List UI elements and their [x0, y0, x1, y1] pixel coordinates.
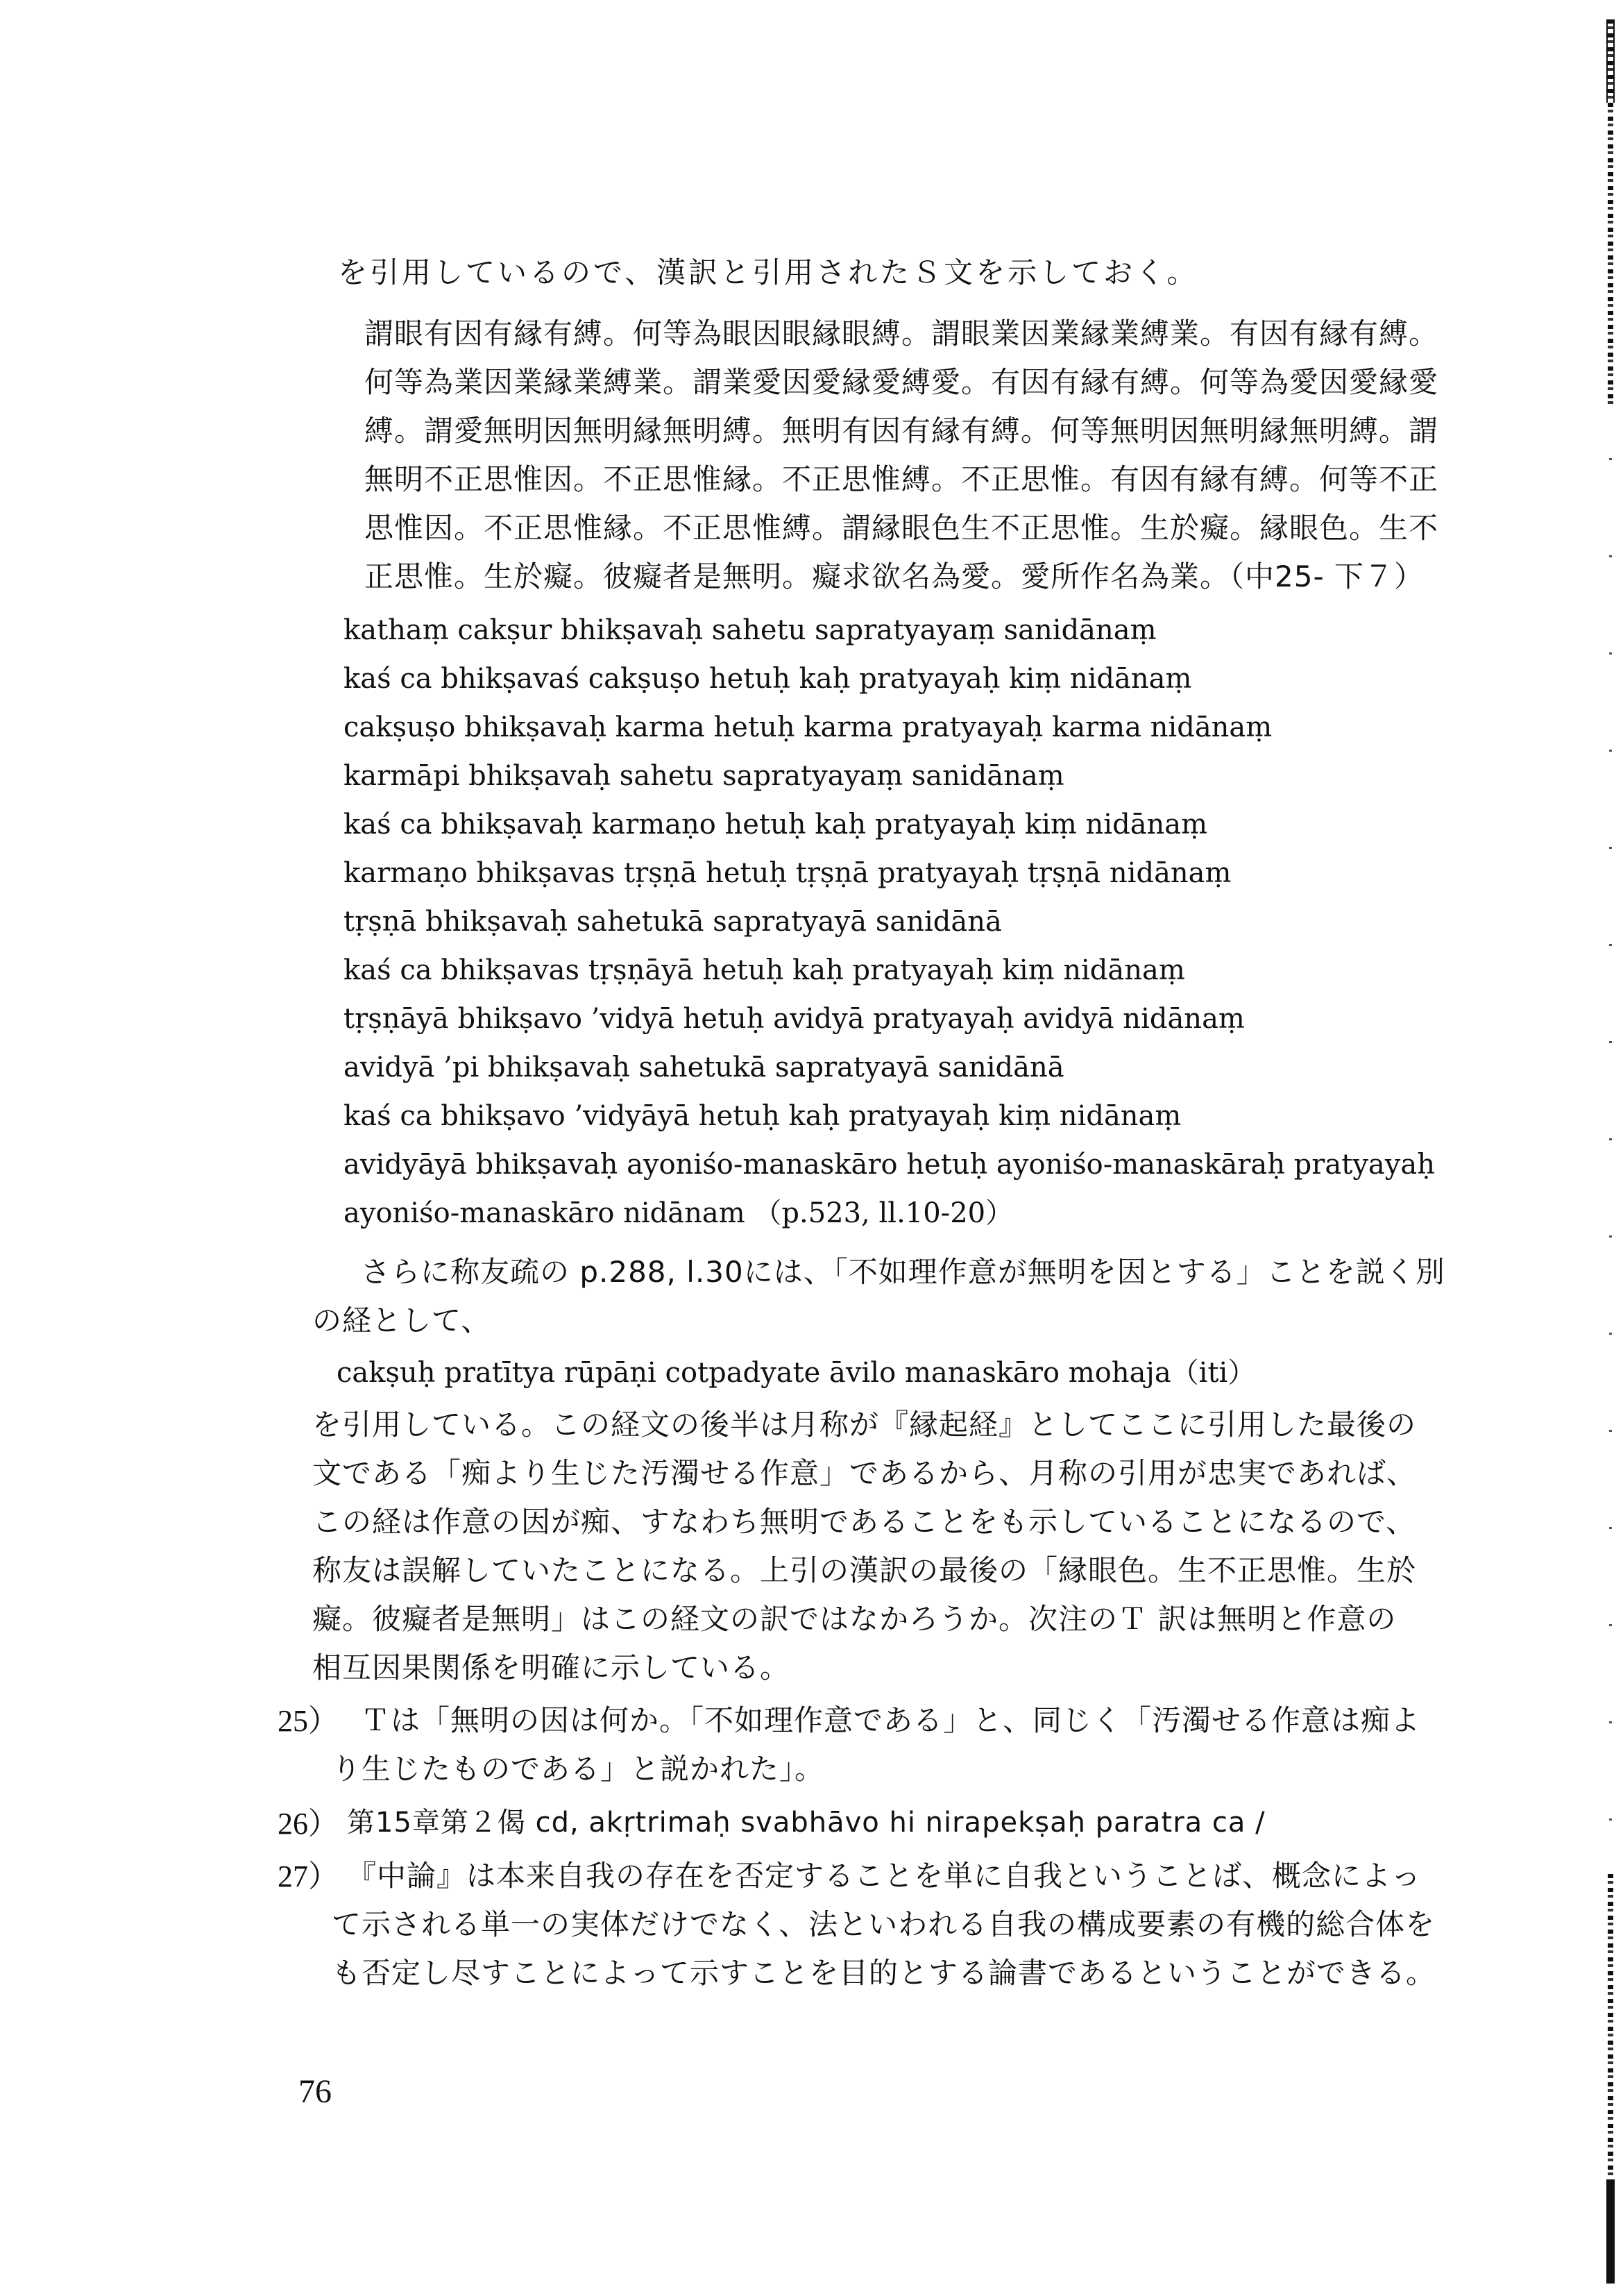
paragraph-line: さらに称友疏の p.288, l.30には、「不如理作意が無明を因とする」ことを…	[361, 1258, 1445, 1287]
footnote-line: り生じたものである」と説かれた」。	[332, 1755, 824, 1784]
chinese-line: 謂眼有因有縁有縛。何等為眼因眼縁眼縛。謂眼業因業縁業縛業。有因有縁有縛。	[364, 319, 1438, 348]
paragraph-line: この経は作意の因が痴、すなわち無明であることをも示していることになるので、	[312, 1508, 1416, 1537]
footnote-line: 第15章第２偈 cd, akṛtrimaḥ svabhāvo hi nirape…	[347, 1809, 1266, 1837]
sanskrit-line: kaś ca bhikṣavas tṛṣṇāyā hetuḥ kaḥ praty…	[343, 956, 1185, 984]
footnote-line: 『中論』は本来自我の存在を否定することを単に自我ということば、概念によっ	[347, 1862, 1421, 1891]
paragraph-line: の経として、	[312, 1306, 491, 1335]
paragraph-line: を引用している。この経文の後半は月称が『縁起経』としてここに引用した最後の	[312, 1410, 1416, 1440]
footnote-number: 25）	[278, 1706, 339, 1737]
chinese-line: 縛。謂愛無明因無明縁無明縛。無明有因有縁有縛。何等無明因無明縁無明縛。謂	[364, 416, 1438, 446]
chinese-line: 思惟因。不正思惟縁。不正思惟縛。謂縁眼色生不正思惟。生於癡。縁眼色。生不	[364, 514, 1438, 543]
paragraph-line: 相互因果関係を明確に示している。	[312, 1653, 790, 1682]
sanskrit-line: avidyā ’pi bhikṣavaḥ sahetukā sapratyayā…	[343, 1054, 1064, 1081]
sanskrit-line: cakṣuṣo bhikṣavaḥ karma hetuḥ karma prat…	[343, 714, 1272, 741]
scanned-book-page: を引用しているので、漢訳と引用されたＳ文を示しておく。 謂眼有因有縁有縛。何等為…	[0, 0, 1623, 2296]
sanskrit-line: tṛṣṇā bhikṣavaḥ sahetukā sapratyayā sani…	[343, 908, 1002, 936]
chinese-line: 正思惟。生於癡。彼癡者是無明。癡求欲名為愛。愛所作名為業。（中25- 下７）	[364, 562, 1424, 591]
chinese-line: 無明不正思惟因。不正思惟縁。不正思惟縛。不正思惟。有因有縁有縛。何等不正	[364, 465, 1438, 494]
page-number: 76	[298, 2075, 332, 2109]
scan-edge-specks	[1609, 416, 1612, 1874]
footnote-line: Ｔは「無明の因は何か。「不如理作意である」と、同じく「汚濁せる作意は痴よ	[361, 1706, 1420, 1735]
sanskrit-line: kaś ca bhikṣavaḥ karmaṇo hetuḥ kaḥ praty…	[343, 811, 1207, 838]
chinese-line: 何等為業因業縁業縛業。謂業愛因愛縁愛縛愛。有因有縁有縛。何等為愛因愛縁愛	[364, 368, 1438, 397]
sanskrit-line: karmāpi bhikṣavaḥ sahetu sapratyayaṃ san…	[343, 762, 1064, 790]
scan-edge-shadow	[1606, 2179, 1615, 2284]
sanskrit-sutra-quote: cakṣuḥ pratītya rūpāṇi cotpadyate āvilo …	[337, 1359, 1255, 1387]
intro-line: を引用しているので、漢訳と引用されたＳ文を示しておく。	[338, 258, 1198, 287]
sanskrit-line: kaś ca bhikṣavaś cakṣuṣo hetuḥ kaḥ praty…	[343, 665, 1191, 693]
paragraph-line: 称友は誤解していたことになる。上引の漢訳の最後の「縁眼色。生不正思惟。生於	[312, 1556, 1416, 1585]
sanskrit-line: karmaṇo bhikṣavas tṛṣṇā hetuḥ tṛṣṇā prat…	[343, 859, 1231, 887]
footnote-number: 26）	[278, 1809, 339, 1839]
sanskrit-line: avidyāyā bhikṣavaḥ ayoniśo-manaskāro het…	[343, 1151, 1435, 1179]
footnote-line: も否定し尽すことによって示すことを目的とする論書であるということができる。	[332, 1959, 1436, 1988]
sanskrit-line: tṛṣṇāyā bhikṣavo ’vidyā hetuḥ avidyā pra…	[343, 1005, 1245, 1033]
sanskrit-line: kaś ca bhikṣavo ’vidyāyā hetuḥ kaḥ praty…	[343, 1102, 1181, 1130]
footnote-number: 27）	[278, 1862, 339, 1892]
footnote-line: て示される単一の実体だけでなく、法といわれる自我の構成要素の有機的総合体を	[332, 1910, 1435, 1939]
paragraph-line: 癡。彼癡者是無明」はこの経文の訳ではなかろうか。次注のＴ 訳は無明と作意の	[312, 1605, 1396, 1634]
sanskrit-line: kathaṃ cakṣur bhikṣavaḥ sahetu sapratyay…	[343, 616, 1157, 644]
scan-edge-shadow	[1608, 19, 1613, 408]
sanskrit-line: ayoniśo-manaskāro nidānam （p.523, ll.10-…	[343, 1199, 1013, 1227]
paragraph-line: 文である「痴より生じた汚濁せる作意」であるから、月称の引用が忠実であれば、	[312, 1459, 1416, 1488]
